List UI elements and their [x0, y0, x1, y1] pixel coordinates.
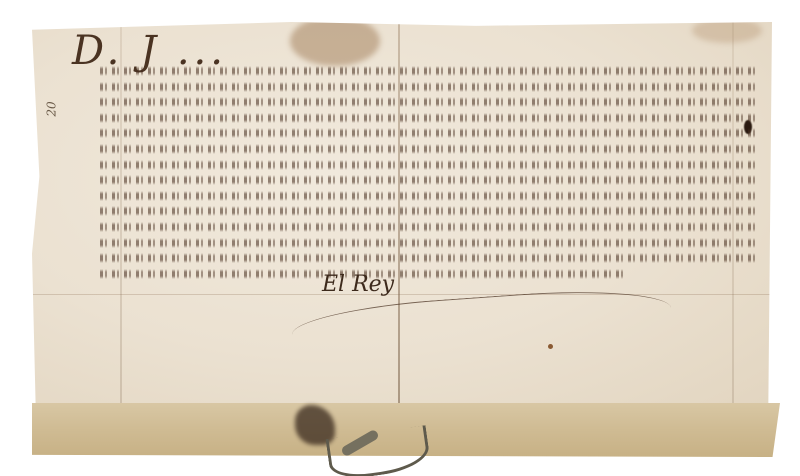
text-line — [100, 66, 760, 76]
text-line — [100, 253, 760, 263]
text-line — [100, 97, 760, 107]
text-line — [100, 222, 760, 232]
text-line — [100, 128, 760, 138]
text-line — [100, 144, 760, 154]
top-right-stain — [692, 18, 762, 43]
text-line — [100, 82, 760, 92]
text-line — [100, 113, 760, 123]
margin-number: 20 — [45, 101, 59, 116]
text-line — [100, 206, 760, 216]
parchment-sheet: 20 D. J ... El Rey — [32, 22, 772, 408]
text-line — [100, 160, 760, 170]
charter-text-body — [100, 66, 760, 284]
royal-signature: El Rey — [322, 272, 394, 297]
text-line — [100, 175, 760, 185]
horizontal-fold — [32, 294, 772, 295]
text-line — [100, 238, 760, 248]
water-stain — [290, 16, 380, 66]
text-line — [100, 191, 760, 201]
